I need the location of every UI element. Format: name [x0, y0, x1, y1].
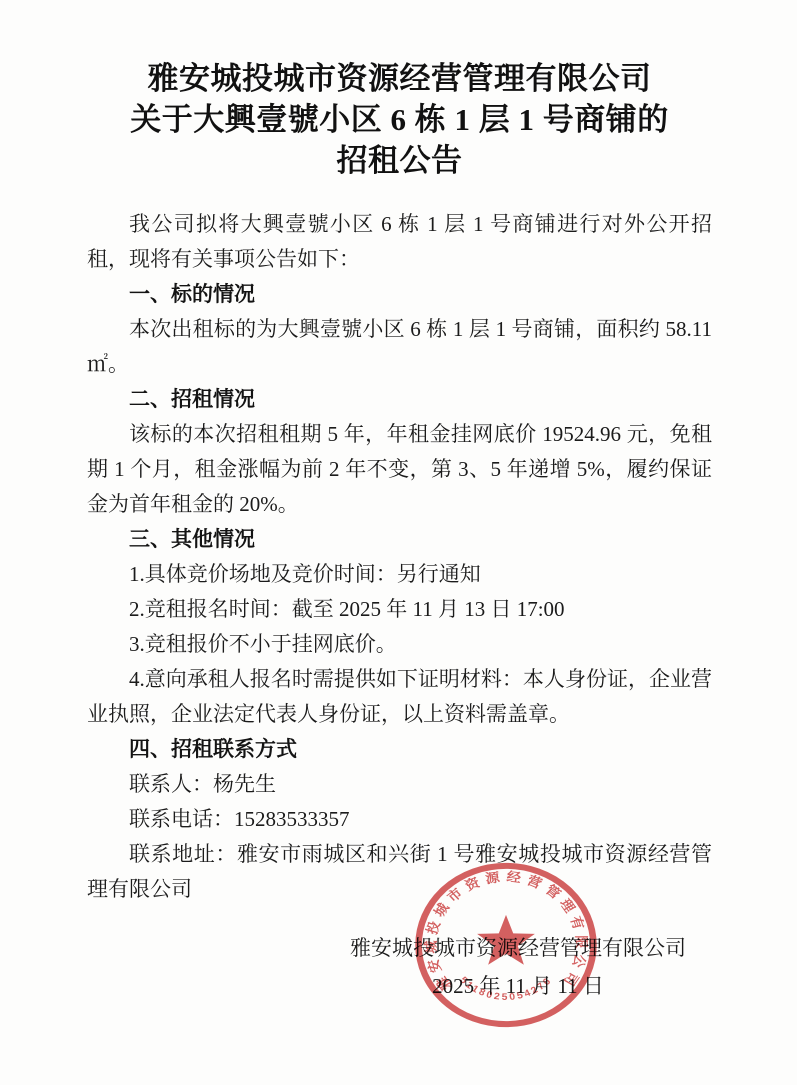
- document-body: 我公司拟将大興壹號小区 6 栋 1 层 1 号商铺进行对外公开招租，现将有关事项…: [87, 207, 712, 907]
- document-content: 雅安城投城市资源经营管理有限公司 关于大興壹號小区 6 栋 1 层 1 号商铺的…: [0, 0, 797, 1005]
- contact-phone: 联系电话：15283533357: [87, 802, 712, 837]
- section-heading-1: 一、标的情况: [87, 277, 712, 312]
- section-3-item-4: 4.意向承租人报名时需提供如下证明材料：本人身份证，企业营业执照，企业法定代表人…: [87, 662, 712, 732]
- section-3-item-2: 2.竞租报名时间：截至 2025 年 11 月 13 日 17:00: [87, 592, 712, 627]
- title-line-3: 招租公告: [87, 140, 712, 181]
- section-heading-3: 三、其他情况: [87, 522, 712, 557]
- contact-address: 联系地址：雅安市雨城区和兴街 1 号雅安城投城市资源经营管理有限公司: [87, 837, 712, 907]
- document-title: 雅安城投城市资源经营管理有限公司 关于大興壹號小区 6 栋 1 层 1 号商铺的…: [87, 58, 712, 181]
- contact-person: 联系人：杨先生: [87, 767, 712, 802]
- document-page: 雅安城投城市资源经营管理有限公司 关于大興壹號小区 6 栋 1 层 1 号商铺的…: [0, 0, 797, 1085]
- section-3-item-3: 3.竞租报价不小于挂网底价。: [87, 627, 712, 662]
- section-heading-4: 四、招租联系方式: [87, 732, 712, 767]
- title-line-1: 雅安城投城市资源经营管理有限公司: [87, 58, 712, 99]
- section-1-paragraph: 本次出租标的为大興壹號小区 6 栋 1 层 1 号商铺，面积约 58.11 ㎡。: [87, 312, 712, 382]
- title-line-2: 关于大興壹號小区 6 栋 1 层 1 号商铺的: [87, 99, 712, 140]
- signature-block: 雅安城投城市资源经营管理有限公司 2025 年 11 月 11 日: [350, 929, 686, 1005]
- signature-company: 雅安城投城市资源经营管理有限公司: [350, 929, 686, 967]
- signature-date: 2025 年 11 月 11 日: [432, 967, 604, 1005]
- section-heading-2: 二、招租情况: [87, 382, 712, 417]
- intro-paragraph: 我公司拟将大興壹號小区 6 栋 1 层 1 号商铺进行对外公开招租，现将有关事项…: [87, 207, 712, 277]
- section-2-paragraph: 该标的本次招租租期 5 年，年租金挂网底价 19524.96 元，免租期 1 个…: [87, 417, 712, 522]
- section-3-item-1: 1.具体竞价场地及竞价时间：另行通知: [87, 557, 712, 592]
